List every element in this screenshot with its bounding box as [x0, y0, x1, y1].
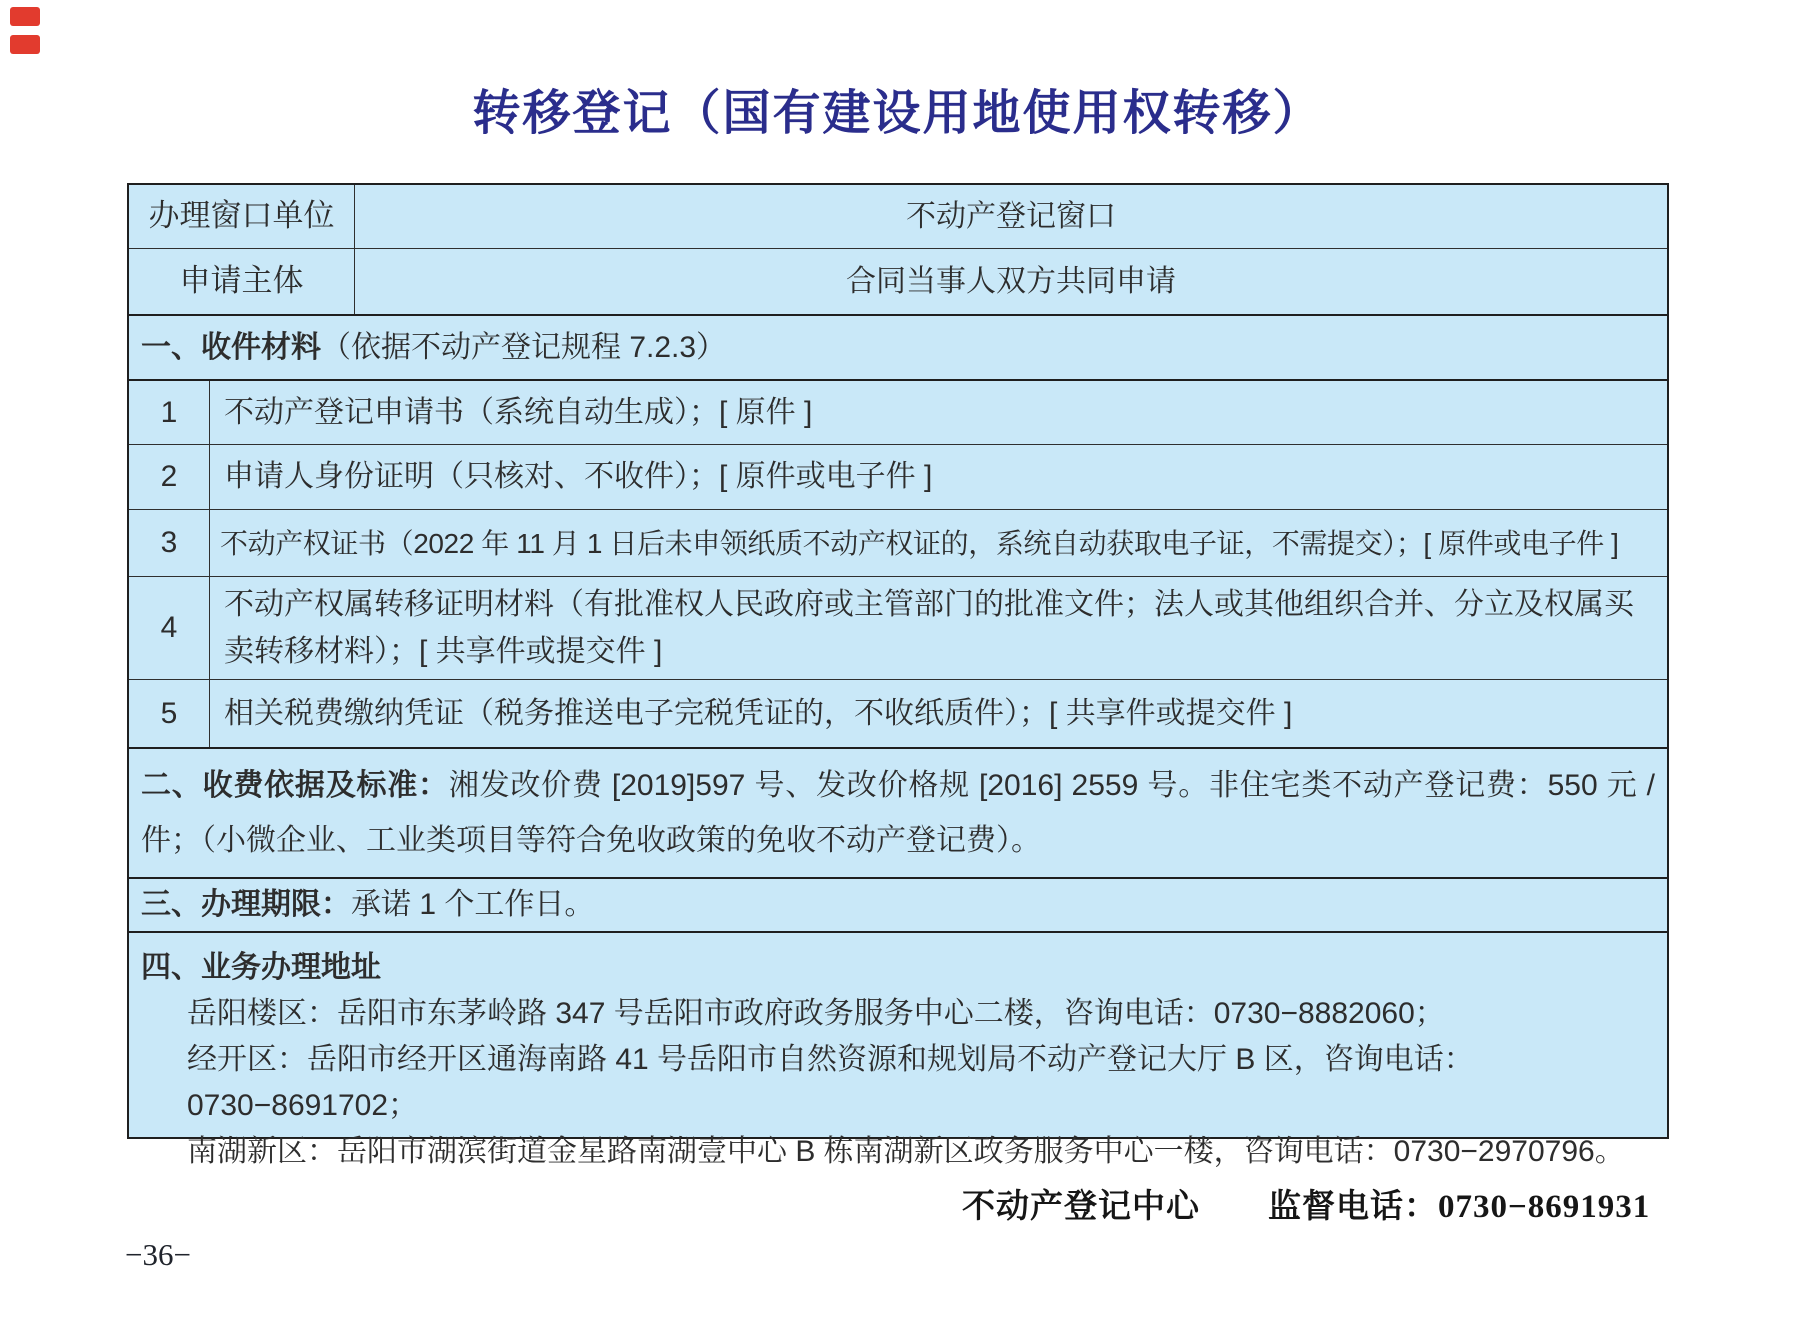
section-fee-basis: 二、收费依据及标准：湘发改价费 [2019]597 号、发改价格规 [2016]…	[129, 747, 1667, 877]
address-line: 经开区：岳阳市经开区通海南路 41 号岳阳市自然资源和规划局不动产登记大厅 B …	[141, 1037, 1655, 1129]
material-row: 4 不动产权属转移证明材料（有批准权人民政府或主管部门的批准文件；法人或其他组织…	[129, 576, 1667, 679]
material-row: 1 不动产登记申请书（系统自动生成）；[ 原件 ]	[129, 379, 1667, 444]
table-row-apply-subject: 申请主体 合同当事人双方共同申请	[129, 248, 1667, 314]
section-materials-header: 一、收件材料（依据不动产登记规程 7.2.3）	[129, 314, 1667, 379]
page-number: −36−	[125, 1237, 191, 1273]
section-address: 四、业务办理地址 岳阳楼区：岳阳市东茅岭路 347 号岳阳市政府政务服务中心二楼…	[129, 931, 1667, 1137]
table-row-window-unit: 办理窗口单位 不动产登记窗口	[129, 185, 1667, 248]
material-number: 3	[129, 510, 210, 576]
document-page: 转移登记（国有建设用地使用权转移） 办理窗口单位 不动产登记窗口 申请主体 合同…	[0, 0, 1795, 1323]
window-unit-value: 不动产登记窗口	[355, 198, 1667, 236]
material-text: 相关税费缴纳凭证（税务推送电子完税凭证的，不收纸质件）；[ 共享件或提交件 ]	[210, 695, 1667, 733]
material-number: 5	[129, 680, 210, 747]
material-number: 2	[129, 445, 210, 509]
supervision-phone-line: 不动产登记中心 监督电话：0730−8691931	[962, 1180, 1650, 1227]
material-text: 不动产权证书（2022 年 11 月 1 日后未申领纸质不动产权证的，系统自动获…	[210, 526, 1667, 561]
red-corner-mark-icon	[10, 7, 40, 26]
material-number: 4	[129, 577, 210, 679]
section-fee-title: 二、收费依据及标准：	[141, 769, 449, 802]
section-materials-title: 一、收件材料	[141, 329, 321, 367]
material-text: 不动产权属转移证明材料（有批准权人民政府或主管部门的批准文件；法人或其他组织合并…	[210, 581, 1667, 675]
section-time-limit: 三、办理期限：承诺 1 个工作日。	[129, 877, 1667, 931]
material-text: 不动产登记申请书（系统自动生成）；[ 原件 ]	[210, 394, 1667, 432]
material-row: 2 申请人身份证明（只核对、不收件）；[ 原件或电子件 ]	[129, 444, 1667, 509]
apply-subject-value: 合同当事人双方共同申请	[355, 263, 1667, 301]
material-row: 3 不动产权证书（2022 年 11 月 1 日后未申领纸质不动产权证的，系统自…	[129, 509, 1667, 576]
address-line: 岳阳楼区：岳阳市东茅岭路 347 号岳阳市政府政务服务中心二楼，咨询电话：073…	[141, 991, 1655, 1037]
material-number: 1	[129, 381, 210, 444]
apply-subject-label: 申请主体	[129, 249, 355, 314]
section-materials-subtitle: （依据不动产登记规程 7.2.3）	[321, 329, 726, 367]
material-row: 5 相关税费缴纳凭证（税务推送电子完税凭证的，不收纸质件）；[ 共享件或提交件 …	[129, 679, 1667, 747]
section-time-text: 承诺 1 个工作日。	[351, 888, 594, 921]
service-guide-table: 办理窗口单位 不动产登记窗口 申请主体 合同当事人双方共同申请 一、收件材料（依…	[127, 183, 1669, 1139]
address-line: 南湖新区：岳阳市湖滨街道金星路南湖壹中心 B 栋南湖新区政务服务中心一楼，咨询电…	[141, 1129, 1655, 1175]
window-unit-label: 办理窗口单位	[129, 185, 355, 248]
red-corner-mark-icon	[10, 35, 40, 54]
section-time-title: 三、办理期限：	[141, 888, 351, 921]
section-address-title: 四、业务办理地址	[141, 945, 1655, 991]
page-title: 转移登记（国有建设用地使用权转移）	[0, 74, 1795, 143]
material-text: 申请人身份证明（只核对、不收件）；[ 原件或电子件 ]	[210, 458, 1667, 496]
